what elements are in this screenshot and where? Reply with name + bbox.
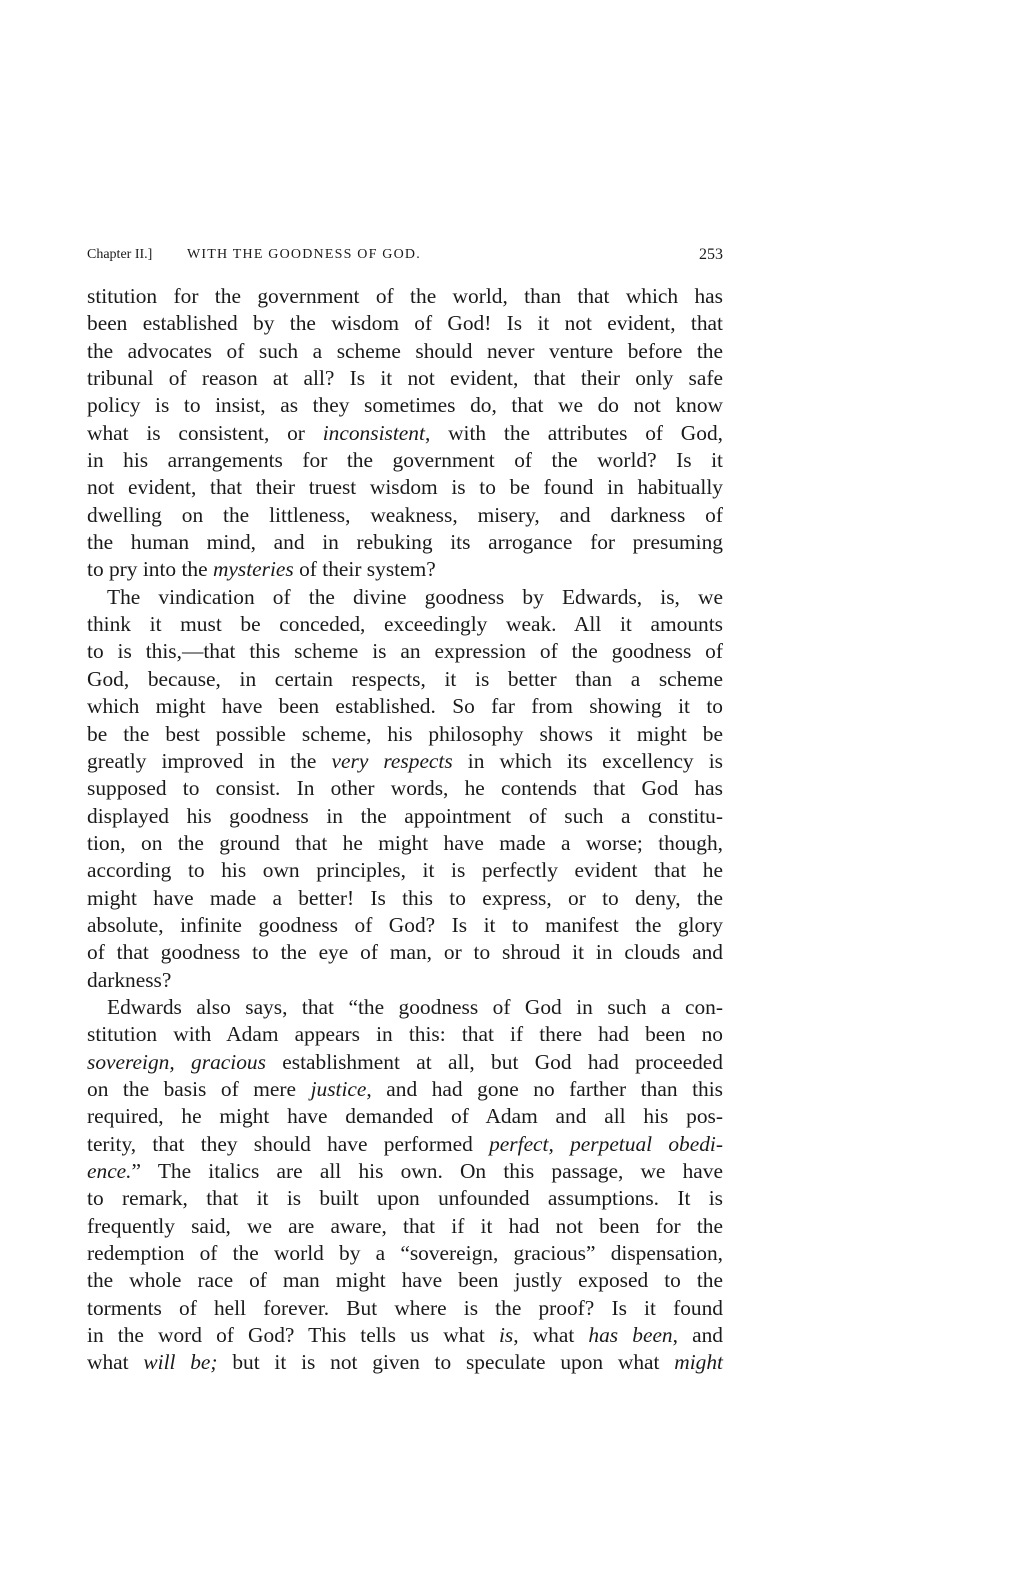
text-run: to pry into the: [87, 557, 213, 581]
text-line: terity, that they should have performed …: [87, 1131, 723, 1158]
text-run: in his arrangements for the government o…: [87, 448, 723, 472]
text-line: torments of hell forever. But where is t…: [87, 1295, 723, 1322]
text-line: to remark, that it is built upon unfound…: [87, 1185, 723, 1212]
text-run: ” The italics are all his own. On this p…: [132, 1159, 723, 1183]
text-run: what is consistent, or: [87, 421, 323, 445]
text-run: what: [87, 1350, 143, 1374]
text-run: stitution with Adam appears in this: tha…: [87, 1022, 723, 1046]
italic-emphasis: ence.: [87, 1159, 132, 1183]
text-run: tion, on the ground that he might have m…: [87, 831, 723, 855]
italic-emphasis: sovereign, gracious: [87, 1050, 266, 1074]
text-line: the advocates of such a scheme should ne…: [87, 338, 723, 365]
text-line: stitution with Adam appears in this: tha…: [87, 1021, 723, 1048]
italic-emphasis: very respects: [332, 749, 453, 773]
text-run: , and had gone no farther than this: [366, 1077, 723, 1101]
book-page: Chapter II.] WITH THE GOODNESS OF GOD. 2…: [0, 0, 1011, 1580]
text-line: dwelling on the littleness, weakness, mi…: [87, 502, 723, 529]
text-run: not evident, that their truest wisdom is…: [87, 475, 723, 499]
text-run: in which its excellency is: [453, 749, 723, 773]
text-run: but it is not given to speculate upon wh…: [218, 1350, 675, 1374]
text-run: supposed to consist. In other words, he …: [87, 776, 723, 800]
text-run: terity, that they should have performed: [87, 1132, 489, 1156]
text-line: to pry into the mysteries of their syste…: [87, 556, 723, 583]
italic-emphasis: inconsistent: [323, 421, 425, 445]
text-line: not evident, that their truest wisdom is…: [87, 474, 723, 501]
text-line: required, he might have demanded of Adam…: [87, 1103, 723, 1130]
text-run: might have made a better! Is this to exp…: [87, 886, 723, 910]
body-text: stitution for the government of the worl…: [87, 283, 723, 1377]
text-run: greatly improved in the: [87, 749, 332, 773]
text-run: dwelling on the littleness, weakness, mi…: [87, 503, 723, 527]
italic-emphasis: perfect, perpetual obedi-: [489, 1132, 723, 1156]
text-line: tion, on the ground that he might have m…: [87, 830, 723, 857]
text-run: of their system?: [294, 557, 436, 581]
text-line: be the best possible scheme, his philoso…: [87, 721, 723, 748]
text-line: been established by the wisdom of God! I…: [87, 310, 723, 337]
text-line: according to his own principles, it is p…: [87, 857, 723, 884]
text-run: torments of hell forever. But where is t…: [87, 1296, 723, 1320]
text-run: stitution for the government of the worl…: [87, 284, 723, 308]
text-run: darkness?: [87, 968, 171, 992]
italic-emphasis: has been: [588, 1323, 672, 1347]
text-line: Edwards also says, that “the goodness of…: [87, 994, 723, 1021]
text-line: which might have been established. So fa…: [87, 693, 723, 720]
text-line: the human mind, and in rebuking its arro…: [87, 529, 723, 556]
italic-emphasis: is: [499, 1323, 513, 1347]
text-line: might have made a better! Is this to exp…: [87, 885, 723, 912]
text-line: supposed to consist. In other words, he …: [87, 775, 723, 802]
text-run: tribunal of reason at all? Is it not evi…: [87, 366, 723, 390]
text-line: in the word of God? This tells us what i…: [87, 1322, 723, 1349]
text-run: The vindication of the divine goodness b…: [107, 585, 723, 609]
text-line: to is this,—that this scheme is an expre…: [87, 638, 723, 665]
text-run: redemption of the world by a “sovereign,…: [87, 1241, 723, 1265]
text-run: think it must be conceded, exceedingly w…: [87, 612, 723, 636]
text-line: in his arrangements for the government o…: [87, 447, 723, 474]
text-line: God, because, in certain respects, it is…: [87, 666, 723, 693]
text-line: The vindication of the divine goodness b…: [87, 584, 723, 611]
text-line: the whole race of man might have been ju…: [87, 1267, 723, 1294]
text-line: redemption of the world by a “sovereign,…: [87, 1240, 723, 1267]
running-head: Chapter II.] WITH THE GOODNESS OF GOD. 2…: [87, 243, 723, 267]
text-run: to remark, that it is built upon unfound…: [87, 1186, 723, 1210]
text-run: , what: [513, 1323, 588, 1347]
text-line: what will be; but it is not given to spe…: [87, 1349, 723, 1376]
text-run: frequently said, we are aware, that if i…: [87, 1214, 723, 1238]
italic-emphasis: mysteries: [213, 557, 294, 581]
text-run: to is this,—that this scheme is an expre…: [87, 639, 723, 663]
text-run: the human mind, and in rebuking its arro…: [87, 530, 723, 554]
text-run: required, he might have demanded of Adam…: [87, 1104, 723, 1128]
running-title: WITH THE GOODNESS OF GOD.: [187, 243, 421, 267]
text-line: absolute, infinite goodness of God? Is i…: [87, 912, 723, 939]
chapter-label: Chapter II.]: [87, 243, 152, 267]
text-line: darkness?: [87, 967, 723, 994]
text-run: been established by the wisdom of God! I…: [87, 311, 723, 335]
text-run: on the basis of mere: [87, 1077, 311, 1101]
text-run: be the best possible scheme, his philoso…: [87, 722, 723, 746]
text-line: policy is to insist, as they sometimes d…: [87, 392, 723, 419]
text-line: ence.” The italics are all his own. On t…: [87, 1158, 723, 1185]
text-run: which might have been established. So fa…: [87, 694, 723, 718]
text-run: of that goodness to the eye of man, or t…: [87, 940, 723, 964]
text-line: tribunal of reason at all? Is it not evi…: [87, 365, 723, 392]
text-run: , with the attributes of God,: [425, 421, 723, 445]
text-line: what is consistent, or inconsistent, wit…: [87, 420, 723, 447]
text-line: on the basis of mere justice, and had go…: [87, 1076, 723, 1103]
text-run: establishment at all, but God had procee…: [266, 1050, 723, 1074]
text-run: , and: [673, 1323, 723, 1347]
italic-emphasis: might: [674, 1350, 723, 1374]
text-run: in the word of God? This tells us what: [87, 1323, 499, 1347]
text-run: according to his own principles, it is p…: [87, 858, 723, 882]
text-line: sovereign, gracious establishment at all…: [87, 1049, 723, 1076]
italic-emphasis: will be;: [143, 1350, 217, 1374]
text-run: God, because, in certain respects, it is…: [87, 667, 723, 691]
text-line: frequently said, we are aware, that if i…: [87, 1213, 723, 1240]
text-run: the whole race of man might have been ju…: [87, 1268, 723, 1292]
text-line: stitution for the government of the worl…: [87, 283, 723, 310]
text-run: absolute, infinite goodness of God? Is i…: [87, 913, 723, 937]
text-line: think it must be conceded, exceedingly w…: [87, 611, 723, 638]
italic-emphasis: justice: [311, 1077, 367, 1101]
text-run: the advocates of such a scheme should ne…: [87, 339, 723, 363]
text-run: Edwards also says, that “the goodness of…: [107, 995, 723, 1019]
text-line: greatly improved in the very respects in…: [87, 748, 723, 775]
page-number: 253: [699, 243, 723, 267]
text-line: of that goodness to the eye of man, or t…: [87, 939, 723, 966]
text-line: displayed his goodness in the appointmen…: [87, 803, 723, 830]
text-run: policy is to insist, as they sometimes d…: [87, 393, 723, 417]
text-run: displayed his goodness in the appointmen…: [87, 804, 723, 828]
